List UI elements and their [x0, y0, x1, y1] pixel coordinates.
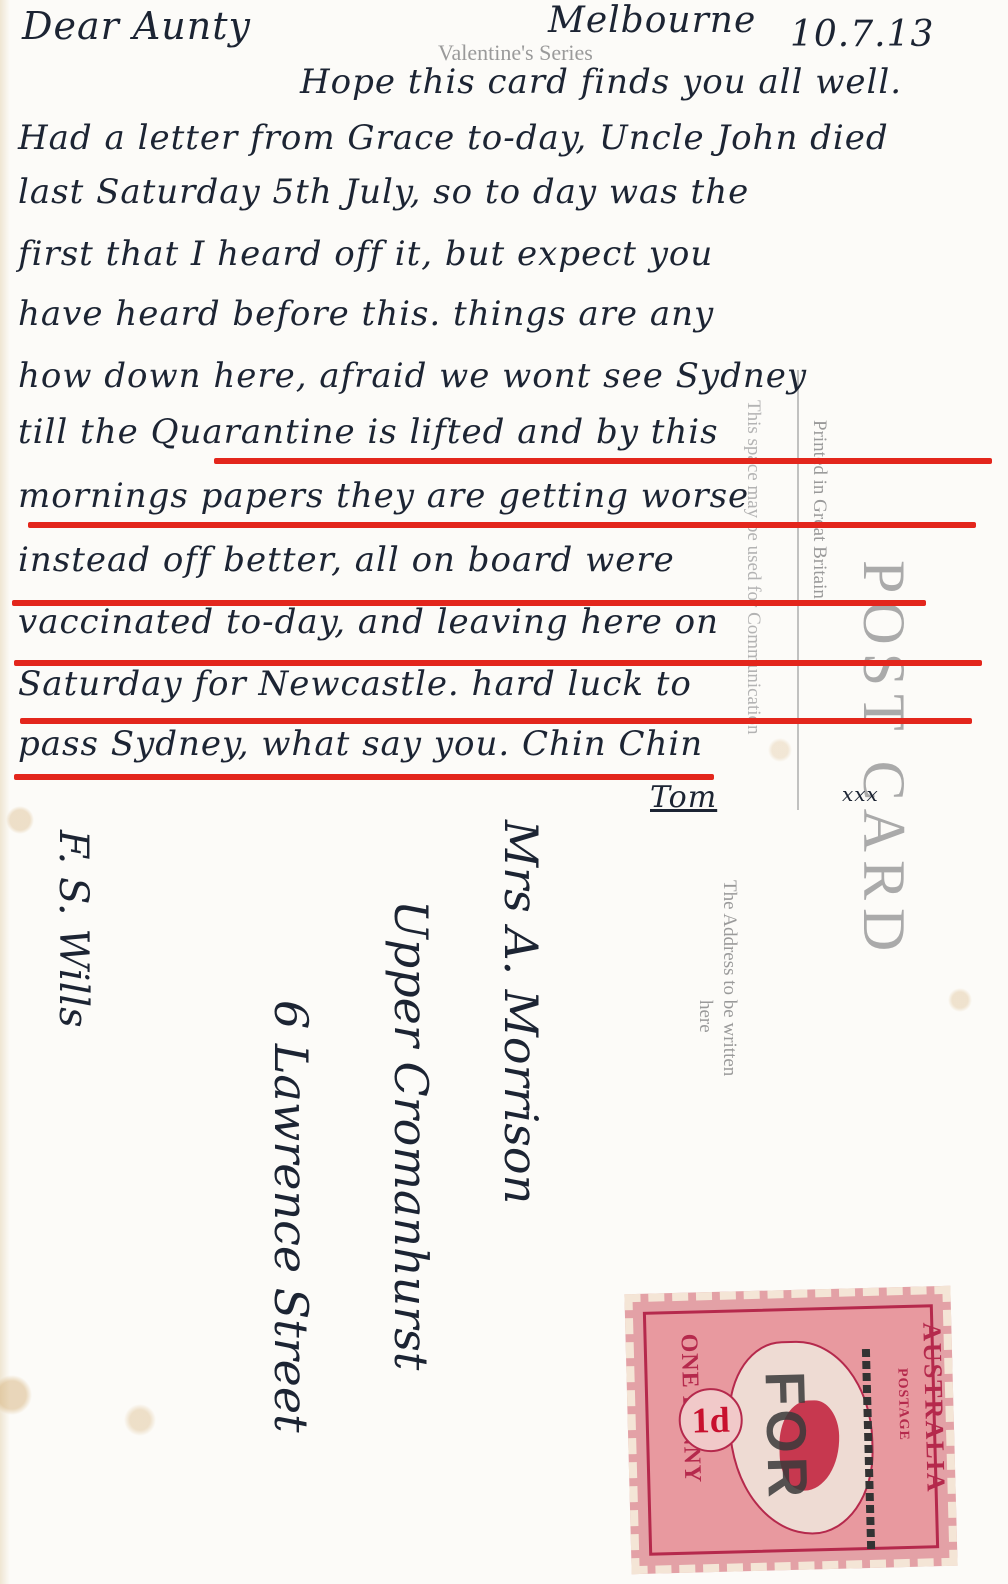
address-note-line-1: The Address to be written	[718, 880, 740, 1076]
address-line-2: Upper Cromanhurst	[384, 900, 438, 1370]
divider-line	[797, 370, 799, 810]
stamp-country: AUSTRALIA	[916, 1322, 950, 1494]
printed-post-card-title: POST CARD	[849, 560, 918, 959]
side-note: F. S. Wills	[50, 830, 96, 1028]
address-line-1: Mrs A. Morrison	[494, 820, 548, 1204]
letter-line: vaccinated to-day, and leaving here on	[18, 602, 719, 642]
red-underline	[12, 600, 926, 606]
printed-in-label: Printed in Great Britain	[808, 420, 830, 599]
red-underline	[28, 522, 976, 528]
postage-stamp: AUSTRALIA POSTAGE ONE PENNY 1d FOR	[624, 1286, 957, 1574]
letter-date: 10.7.13	[790, 14, 934, 55]
address-note-line-2: here	[694, 1000, 716, 1033]
stamp-perfin: FOR	[752, 1370, 820, 1502]
stamp-frame: AUSTRALIA POSTAGE ONE PENNY 1d FOR	[643, 1304, 939, 1556]
red-underline	[20, 718, 972, 724]
letter-line: mornings papers they are getting worse	[18, 476, 749, 516]
red-underline	[14, 660, 982, 666]
letter-line: Saturday for Newcastle. hard luck to	[18, 664, 692, 704]
letter-line: till the Quarantine is lifted and by thi…	[18, 412, 719, 452]
letter-line: first that I heard off it, but expect yo…	[18, 234, 713, 274]
kisses: xxx	[842, 782, 879, 806]
red-underline	[14, 774, 714, 780]
letter-line: instead off better, all on board were	[18, 540, 675, 580]
signoff: Tom	[650, 780, 717, 815]
address-line-3: 6 Lawrence Street	[264, 1000, 318, 1433]
postcard: Valentine's Series POST CARD Printed in …	[0, 0, 1008, 1584]
red-underline	[214, 458, 992, 464]
letter-line: have heard before this. things are any	[18, 294, 714, 334]
stamp-subtitle: POSTAGE	[893, 1368, 911, 1441]
letter-line: last Saturday 5th July, so to day was th…	[18, 172, 749, 212]
letter-place: Melbourne	[548, 0, 756, 41]
salutation: Dear Aunty	[22, 4, 251, 48]
letter-line: Hope this card finds you all well.	[300, 62, 902, 102]
letter-line: pass Sydney, what say you. Chin Chin	[18, 724, 703, 764]
communication-space-note: This space may be used for Communication	[742, 400, 764, 735]
letter-line: Had a letter from Grace to-day, Uncle Jo…	[18, 118, 889, 158]
letter-line: how down here, afraid we wont see Sydney	[18, 356, 807, 396]
